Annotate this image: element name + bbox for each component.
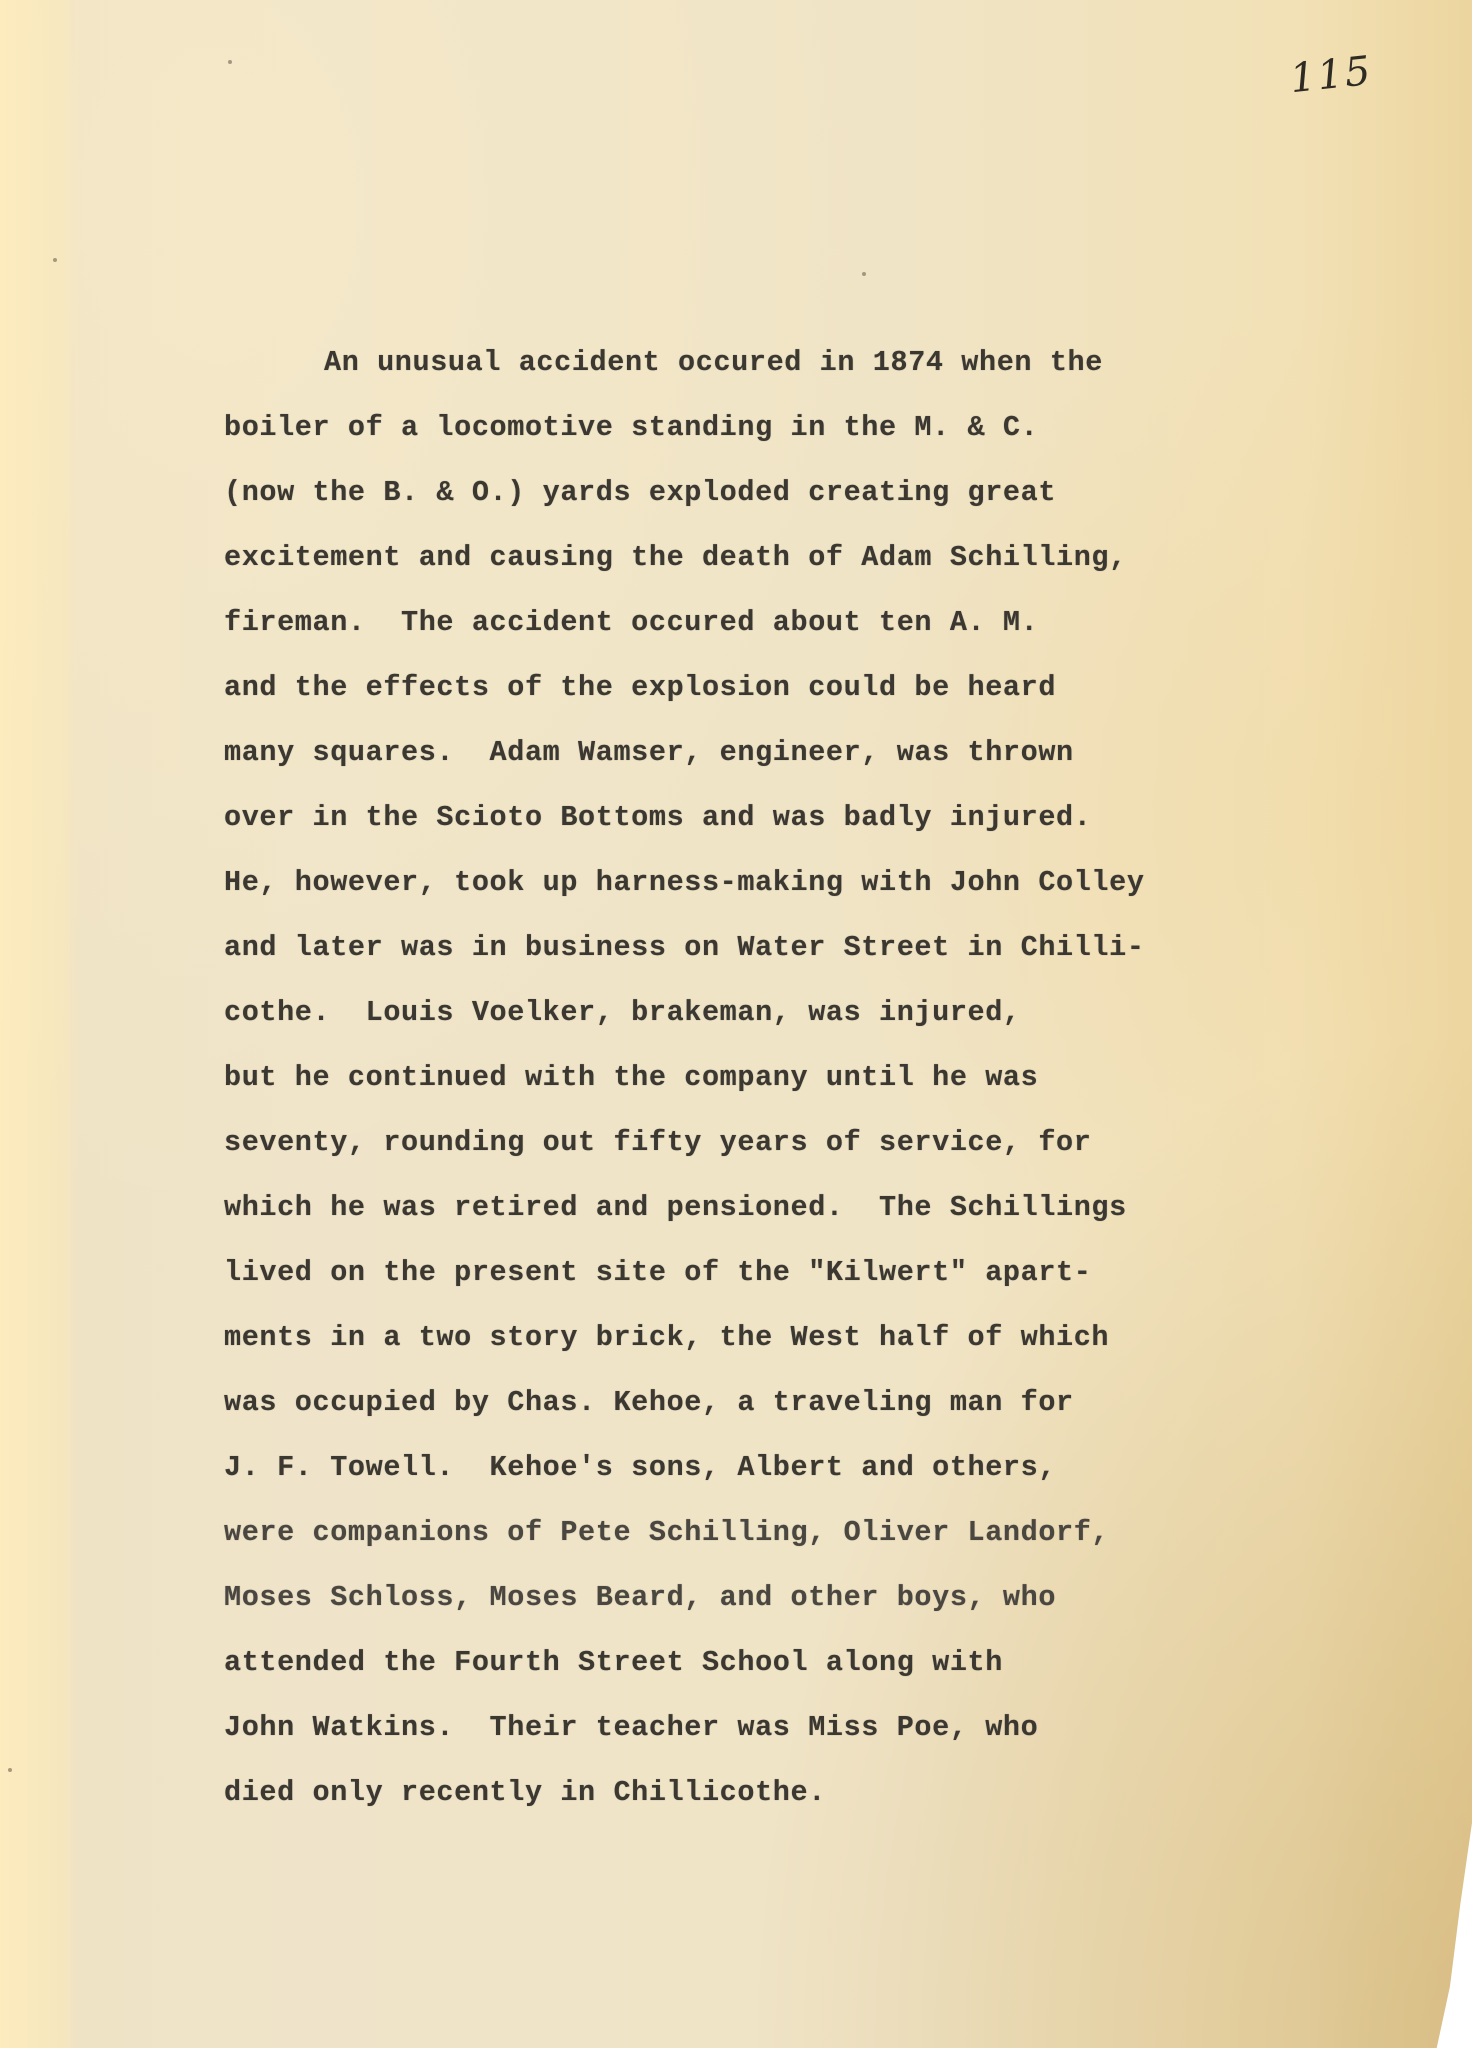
text-line: and the effects of the explosion could b… [224, 663, 1284, 728]
text-line: J. F. Towell. Kehoe's sons, Albert and o… [224, 1443, 1284, 1508]
text-line: died only recently in Chillicothe. [224, 1768, 1284, 1833]
text-line: was occupied by Chas. Kehoe, a traveling… [224, 1378, 1284, 1443]
text-line: fireman. The accident occured about ten … [224, 598, 1284, 663]
text-line: over in the Scioto Bottoms and was badly… [224, 793, 1284, 858]
text-line: (now the B. & O.) yards exploded creatin… [224, 468, 1284, 533]
text-line: John Watkins. Their teacher was Miss Poe… [224, 1703, 1284, 1768]
text-line: excitement and causing the death of Adam… [224, 533, 1284, 598]
typed-paragraph: An unusual accident occured in 1874 when… [224, 338, 1284, 1833]
paper-speck [8, 1768, 12, 1772]
paper-edge-strip [0, 0, 70, 2048]
text-line: An unusual accident occured in 1874 when… [224, 338, 1284, 403]
text-line: attended the Fourth Street School along … [224, 1638, 1284, 1703]
text-line: but he continued with the company until … [224, 1053, 1284, 1118]
text-line: He, however, took up harness-making with… [224, 858, 1284, 923]
text-line: which he was retired and pensioned. The … [224, 1183, 1284, 1248]
page-number: 115 [1288, 48, 1375, 102]
text-line: Moses Schloss, Moses Beard, and other bo… [224, 1573, 1284, 1638]
paper-speck [228, 60, 232, 64]
text-line: many squares. Adam Wamser, engineer, was… [224, 728, 1284, 793]
paper-speck [53, 258, 57, 262]
text-line: lived on the present site of the "Kilwer… [224, 1248, 1284, 1313]
text-line: cothe. Louis Voelker, brakeman, was inju… [224, 988, 1284, 1053]
paper-speck [862, 272, 866, 276]
text-line: were companions of Pete Schilling, Olive… [224, 1508, 1284, 1573]
text-line: and later was in business on Water Stree… [224, 923, 1284, 988]
document-page: 115 An unusual accident occured in 1874 … [0, 0, 1472, 2048]
text-line: seventy, rounding out fifty years of ser… [224, 1118, 1284, 1183]
text-line: ments in a two story brick, the West hal… [224, 1313, 1284, 1378]
text-line: boiler of a locomotive standing in the M… [224, 403, 1284, 468]
